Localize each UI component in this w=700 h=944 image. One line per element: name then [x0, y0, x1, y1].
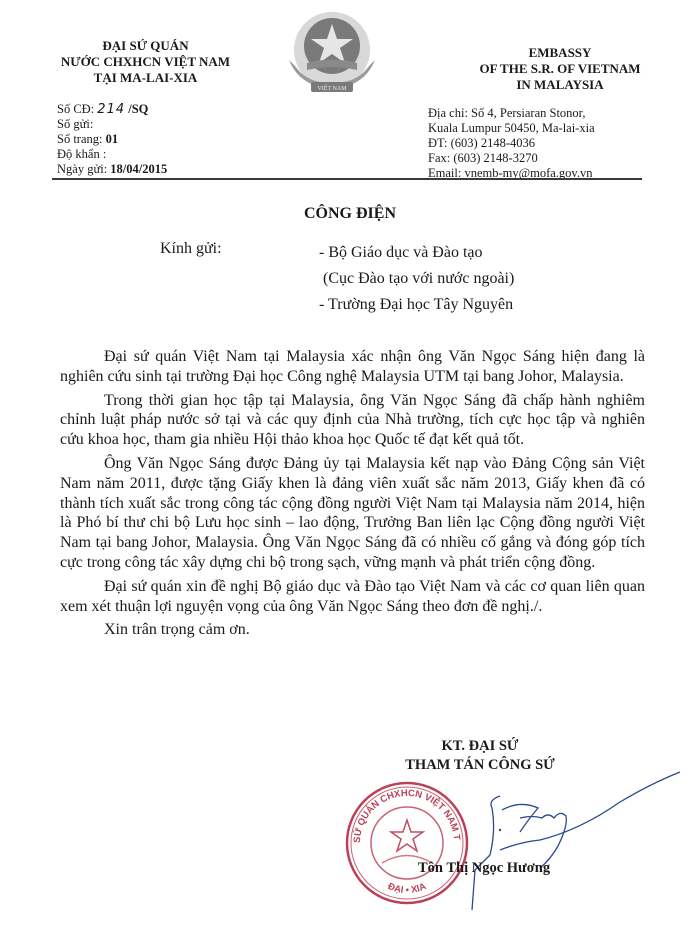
so-gui-label: Số gửi: [57, 117, 93, 131]
contact-address-1: Địa chỉ: Số 4, Persiaran Stonor, [428, 106, 595, 121]
meta-ngay-gui: Ngày gửi: 18/04/2015 [57, 162, 167, 177]
document-meta: Số CĐ: 214 /SQ Số gửi: Số trang: 01 Độ k… [57, 102, 167, 177]
contact-phone: ĐT: (603) 2148-4036 [428, 136, 595, 151]
ngay-gui-value: 18/04/2015 [110, 162, 167, 176]
embassy-name-vi: ĐẠI SỨ QUÁN NƯỚC CHXHCN VIỆT NAM TẠI MA-… [58, 38, 233, 86]
body-paragraph: Trong thời gian học tập tại Malaysia, ôn… [60, 391, 645, 450]
so-cd-label: Số CĐ: [57, 102, 94, 116]
contact-address-2: Kuala Lumpur 50450, Ma-lai-xia [428, 121, 595, 136]
do-khan-label: Độ khẩn : [57, 147, 106, 161]
so-trang-value: 01 [106, 132, 119, 146]
meta-so-cd: Số CĐ: 214 /SQ [57, 102, 167, 117]
national-emblem-icon: VIỆT NAM [277, 8, 387, 103]
recipients-label: Kính gửi: [160, 240, 222, 258]
embassy-contact: Địa chỉ: Số 4, Persiaran Stonor, Kuala L… [428, 106, 595, 181]
so-cd-suffix: /SQ [128, 102, 148, 116]
body-paragraph: Ông Văn Ngọc Sáng được Đảng ủy tại Malay… [60, 454, 645, 573]
header-divider [52, 178, 642, 180]
signature-title-line1: KT. ĐẠI SỨ [360, 737, 600, 756]
body-paragraph: Xin trân trọng cảm ơn. [60, 620, 645, 640]
recipients-list: - Bộ Giáo dục và Đào tạo (Cục Đào tạo vớ… [319, 240, 514, 318]
header-left-line: TẠI MA-LAI-XIA [58, 70, 233, 86]
so-cd-handwritten: 214 [97, 102, 125, 117]
meta-so-gui: Số gửi: [57, 117, 167, 132]
meta-do-khan: Độ khẩn : [57, 147, 167, 162]
header-right-line: IN MALAYSIA [440, 77, 680, 93]
contact-fax: Fax: (603) 2148-3270 [428, 151, 595, 166]
so-trang-label: Số trang: [57, 132, 102, 146]
recipient-item: (Cục Đào tạo với nước ngoài) [319, 266, 514, 292]
recipient-item: - Trường Đại học Tây Nguyên [319, 292, 514, 318]
ngay-gui-label: Ngày gửi: [57, 162, 107, 176]
emblem-banner: VIỆT NAM [317, 84, 347, 92]
signer-name: Tôn Thị Ngọc Hương [418, 860, 550, 877]
document-body: Đại sứ quán Việt Nam tại Malaysia xác nh… [60, 347, 645, 644]
header-right-line: EMBASSY [440, 45, 680, 61]
document-title: CÔNG ĐIỆN [0, 205, 700, 223]
recipient-item: - Bộ Giáo dục và Đào tạo [319, 240, 514, 266]
header-left-line: ĐẠI SỨ QUÁN [58, 38, 233, 54]
meta-so-trang: Số trang: 01 [57, 132, 167, 147]
body-paragraph: Đại sứ quán xin đề nghị Bộ giáo dục và Đ… [60, 577, 645, 617]
handwritten-signature-icon [430, 760, 690, 910]
header-right-line: OF THE S.R. OF VIETNAM [440, 61, 680, 77]
embassy-name-en: EMBASSY OF THE S.R. OF VIETNAM IN MALAYS… [440, 45, 680, 93]
body-paragraph: Đại sứ quán Việt Nam tại Malaysia xác nh… [60, 347, 645, 387]
header-left-line: NƯỚC CHXHCN VIỆT NAM [58, 54, 233, 70]
stamp-text-bottom: ĐẠI • XIA [386, 881, 428, 896]
